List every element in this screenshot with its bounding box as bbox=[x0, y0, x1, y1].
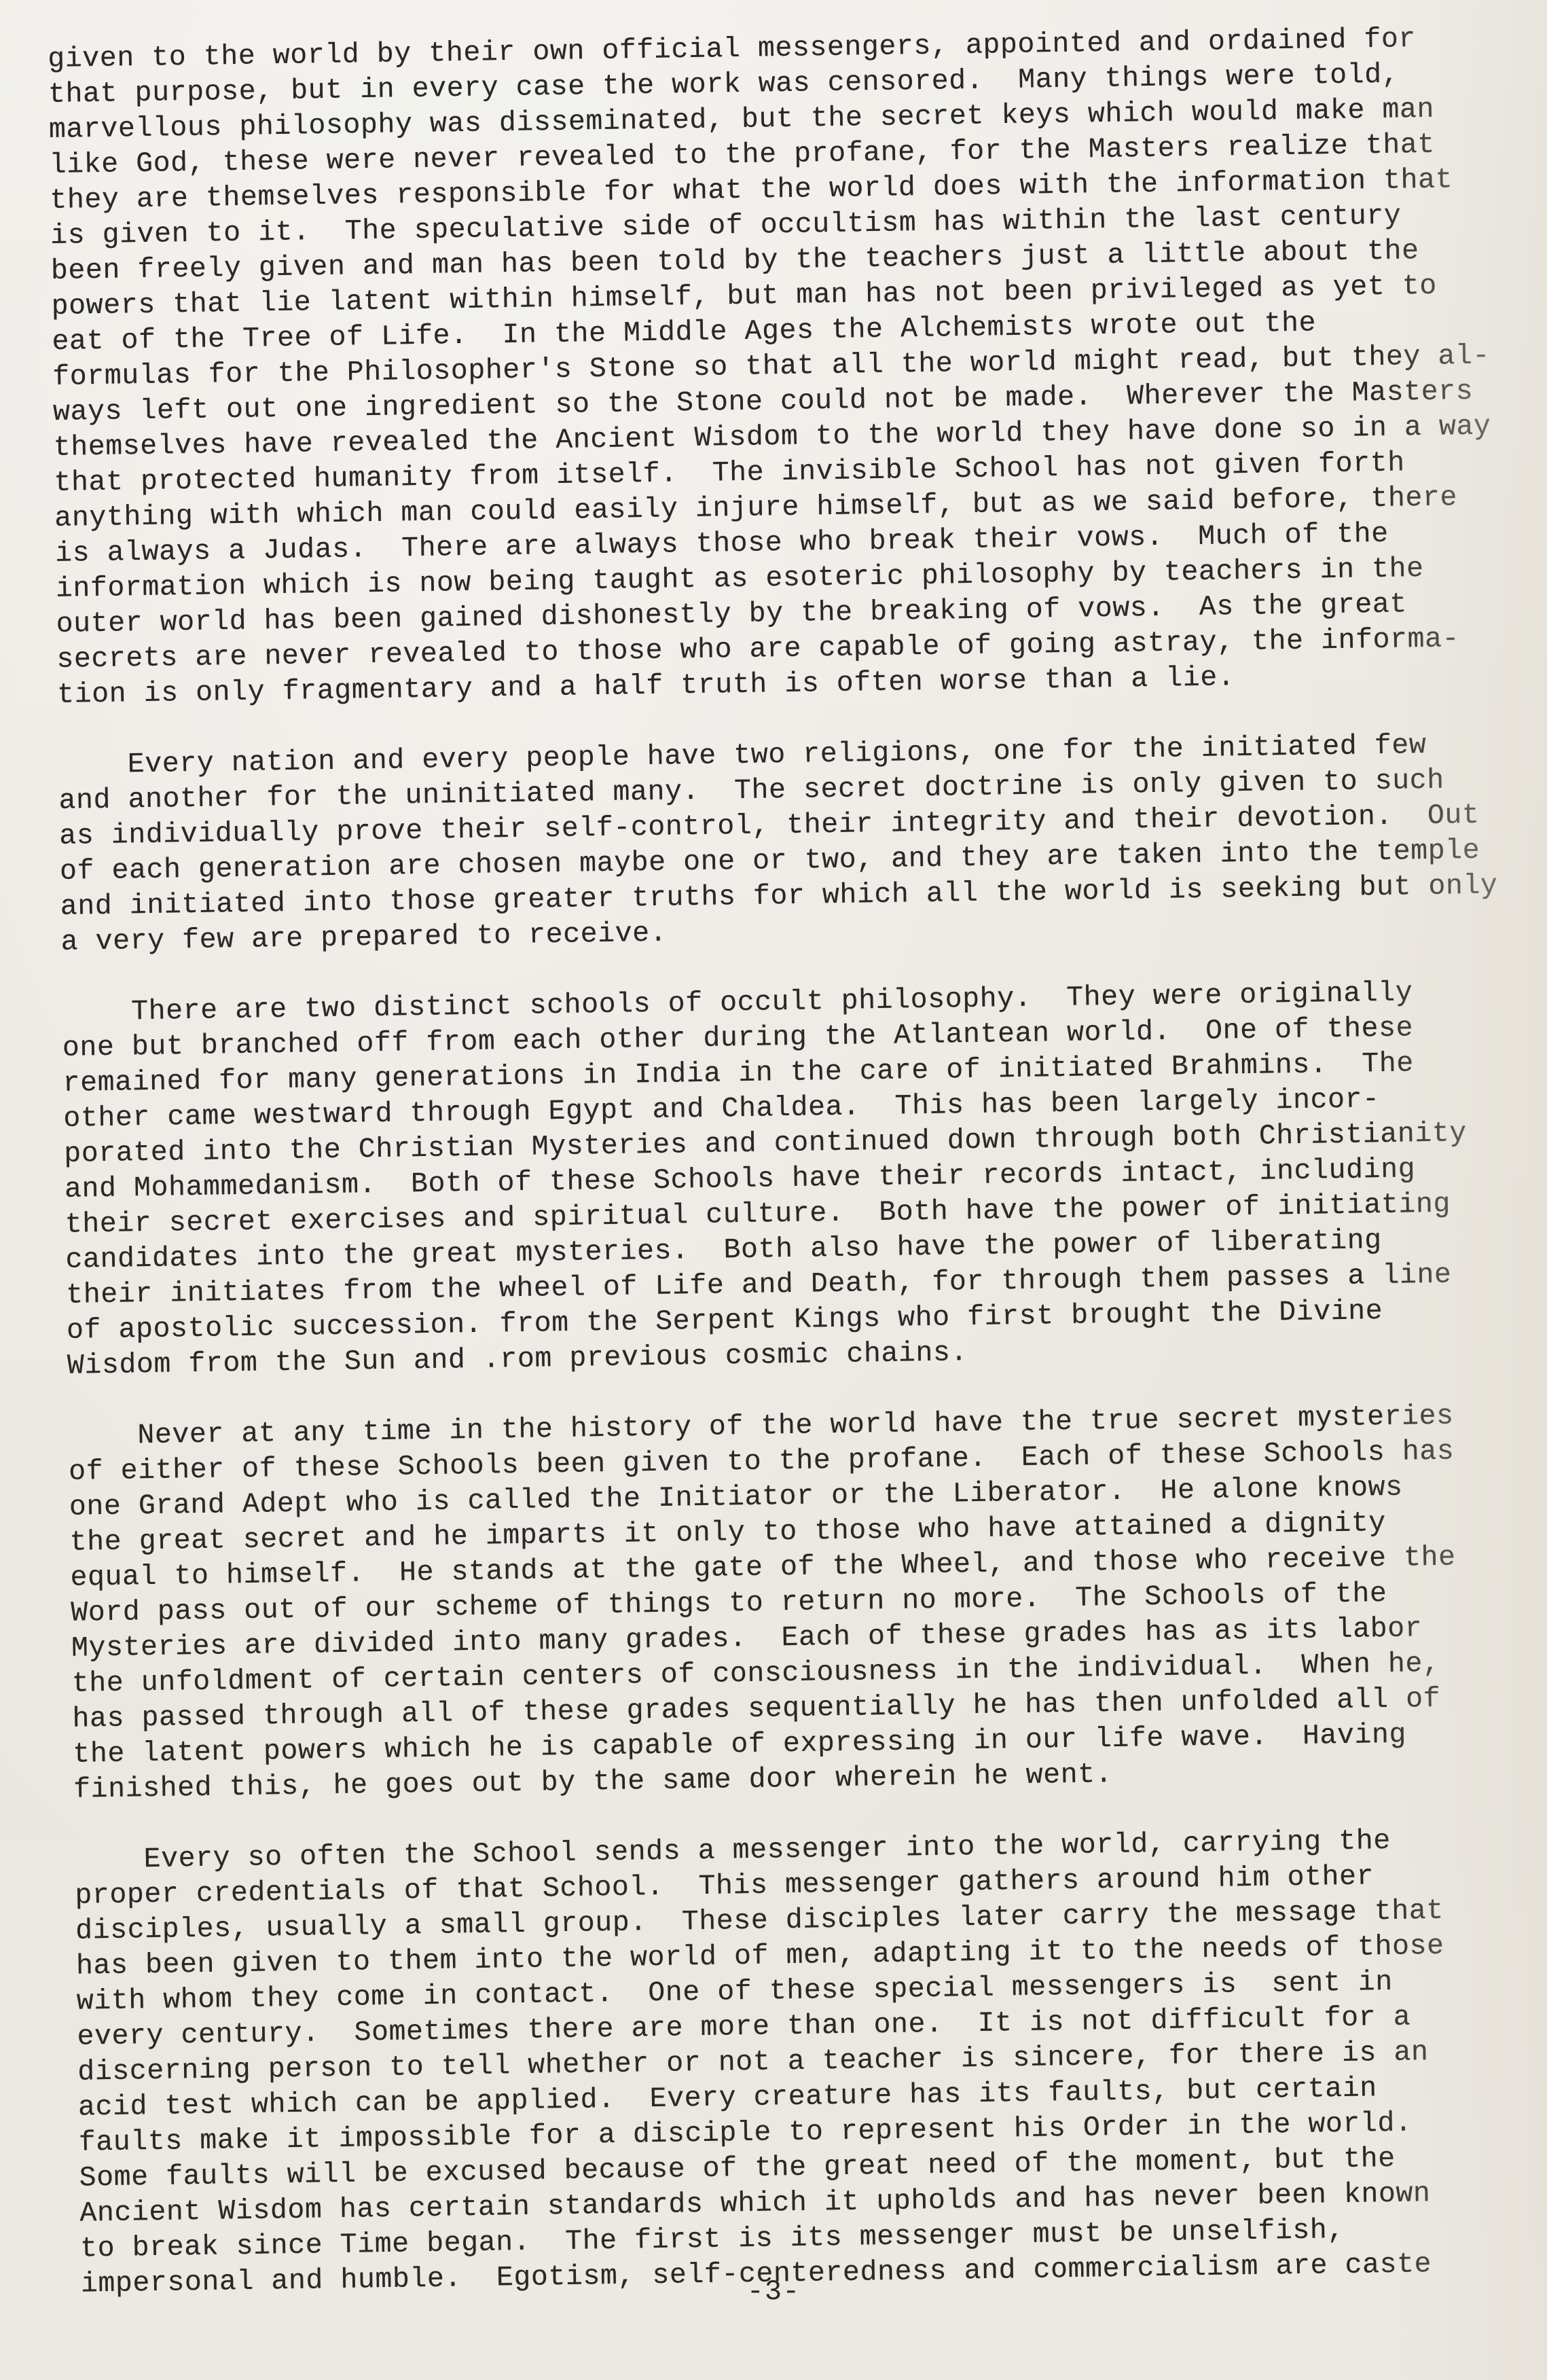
page-number: -3- bbox=[0, 2275, 1547, 2308]
paragraph-5: Every so often the School sends a messen… bbox=[74, 1822, 1547, 2303]
paragraph-3: There are two distinct schools of occult… bbox=[62, 974, 1534, 1384]
paragraph-2: Every nation and every people have two r… bbox=[58, 727, 1527, 960]
paragraph-1: given to the world by their own official… bbox=[48, 20, 1524, 713]
paragraph-4: Never at any time in the history of the … bbox=[68, 1398, 1540, 1808]
typewritten-text-body: given to the world by their own official… bbox=[48, 20, 1547, 2303]
document-page: given to the world by their own official… bbox=[0, 0, 1547, 2380]
